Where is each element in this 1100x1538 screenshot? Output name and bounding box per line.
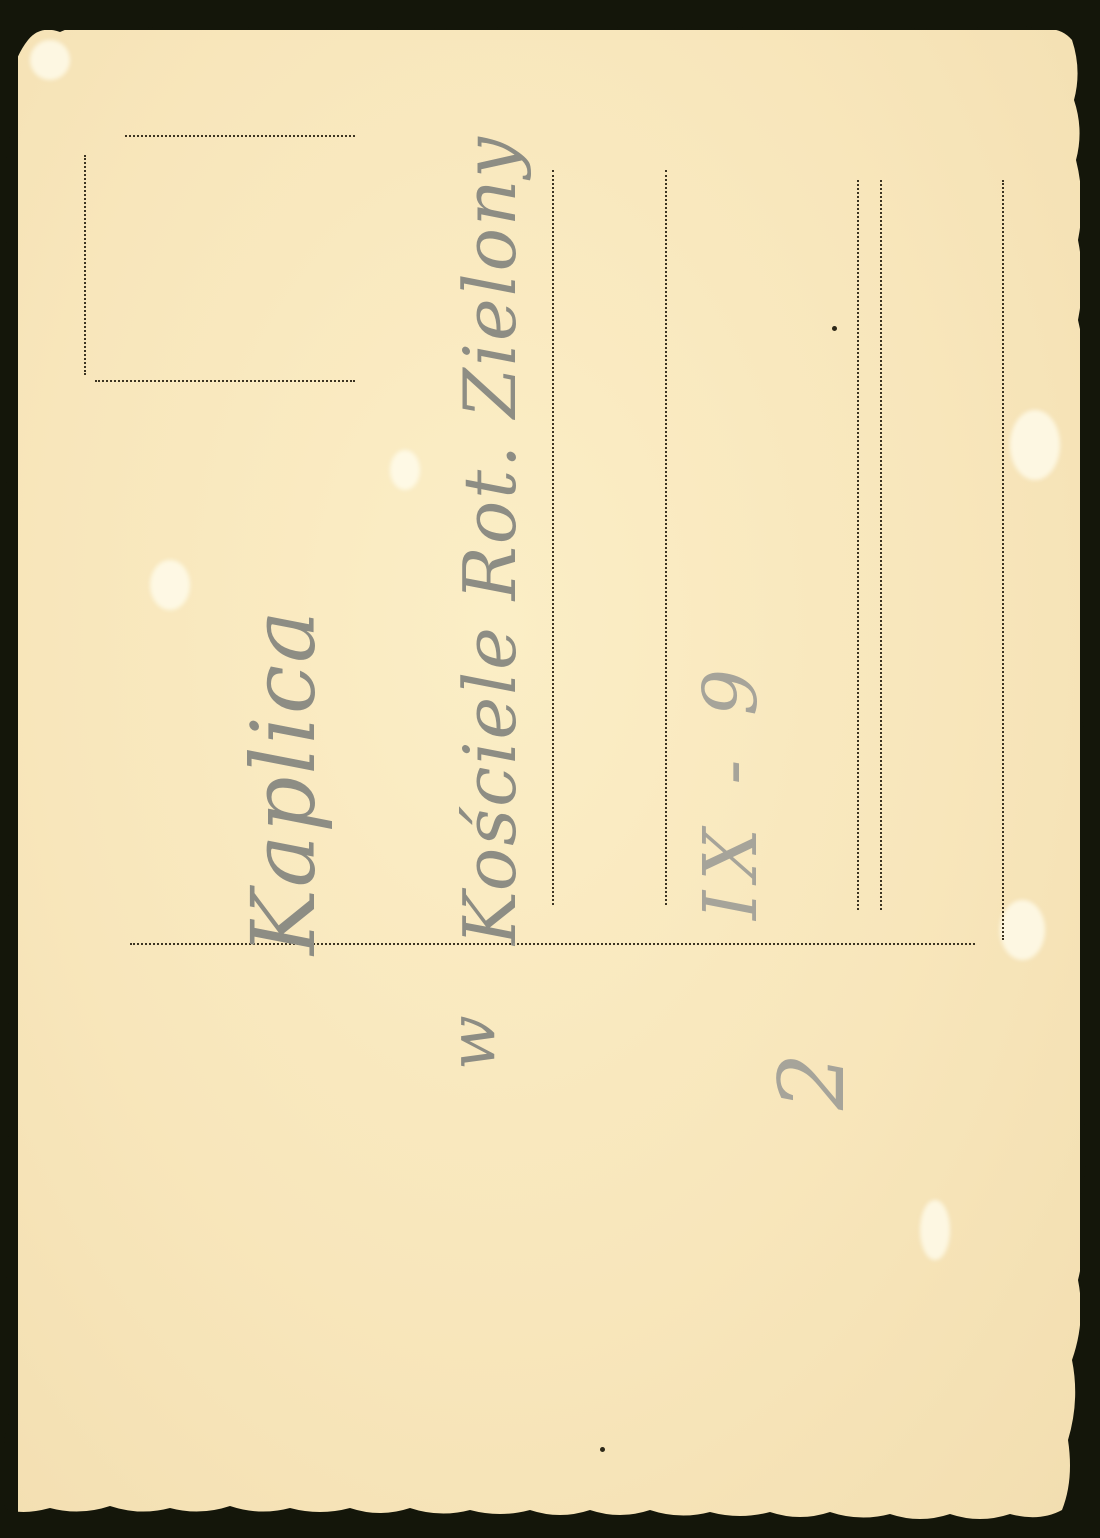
ink-speck bbox=[600, 1447, 605, 1452]
address-line-2 bbox=[665, 170, 667, 905]
wear-spot bbox=[150, 560, 190, 610]
address-line-3 bbox=[857, 180, 859, 910]
handwriting-notation: IX - 9 bbox=[688, 659, 774, 920]
address-line-4 bbox=[880, 180, 882, 910]
wear-spot bbox=[30, 40, 70, 80]
handwriting-line-2-prefix: w bbox=[436, 1013, 510, 1070]
postcard-back bbox=[18, 30, 1080, 1522]
stamp-box-top bbox=[125, 135, 355, 137]
wear-spot bbox=[920, 1200, 950, 1260]
stamp-box-left bbox=[84, 155, 86, 375]
handwriting-line-1: Kaplica bbox=[232, 608, 335, 955]
wear-spot bbox=[1010, 410, 1060, 480]
address-line-1 bbox=[552, 170, 554, 905]
handwriting-number: 2 bbox=[760, 1051, 865, 1110]
address-line-5 bbox=[1002, 180, 1004, 940]
ink-speck bbox=[832, 326, 837, 331]
stamp-box-bottom bbox=[95, 380, 355, 382]
wear-spot bbox=[390, 450, 420, 490]
handwriting-line-2: Kościele Rot. Zielony bbox=[448, 135, 532, 945]
wear-spot bbox=[1000, 900, 1045, 960]
